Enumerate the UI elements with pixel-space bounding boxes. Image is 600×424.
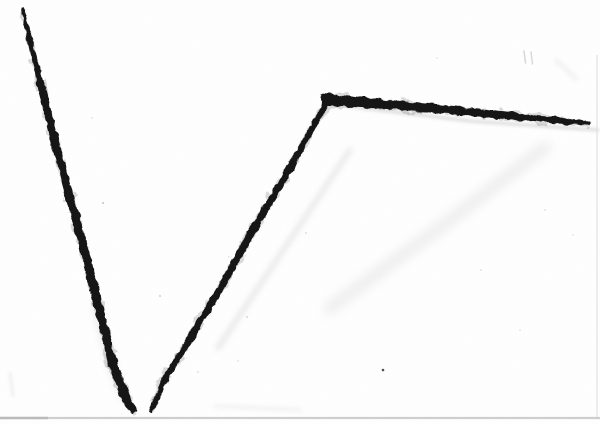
paper-speck [91,117,93,119]
paper-speck [197,371,199,373]
paper-speck [480,269,482,271]
paper-speck [246,316,248,318]
paper-speck [159,295,161,297]
scanned-drawing-page [0,0,600,424]
paper-speck [237,360,239,362]
paper-speck [305,232,307,234]
drawing-canvas [0,0,600,424]
paper-speck [436,57,438,59]
paper-speck [63,200,65,202]
paper-speck [572,234,574,236]
paper-speck [102,202,104,204]
paper-speck [519,329,521,331]
paper-speck [382,369,385,372]
paper-grain-texture [0,0,600,424]
paper-speck [544,209,546,211]
